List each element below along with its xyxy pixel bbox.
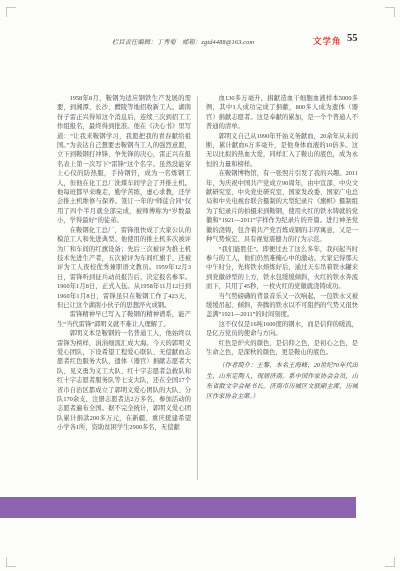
paragraph: 红色是炉火的颜色，是信仰之色，是初心之色，是生命之色，是深秋的颜色，更是鞍山的底… (206, 339, 358, 358)
crop-mark-bottom-left (6, 557, 16, 567)
page-number: 55 (347, 33, 358, 44)
column-divider (197, 96, 198, 480)
paragraph: 在鞍钢博物馆，有一张照片引发了我的兴趣。2011年，为庆祝中国共产党成立90周年… (206, 169, 358, 244)
footer-color-bar (0, 497, 356, 518)
crop-mark-top-left (6, 7, 16, 17)
article-left-column: 1958年8月，鞍钢为适应钢铁生产发展的需要，到湘潭、长沙、醴陵等地招收新工人。… (57, 94, 191, 482)
magazine-page: 栏目责任编辑：丁秀菊 邮箱：zgtd4488@163.com 文学角 55 19… (0, 0, 400, 571)
paragraph: 当气势磅礴的背景音乐又一次响起，一包铁水又被缓缓吊起、倾斜，奔腾的铁水以不可阻挡… (206, 292, 358, 320)
author-note: （作者简介：王黎，本名王海峰，20世纪70年代出生，山东定陶人，现居济南。系中国… (206, 361, 358, 402)
paragraph: 在鞍钢化工总厂，雷锋很快成了大家公认的模范工人和先进典型。他使用的推土机多次被评… (57, 226, 191, 311)
crop-mark-bottom-right (385, 557, 395, 567)
paragraph: 1958年8月，鞍钢为适应钢铁生产发展的需要，到湘潭、长沙、醴陵等地招收新工人。… (57, 94, 191, 226)
article-right-column: 血130多万毫升，捐献造血干细胞血液样本5000多例，其中1人成功完成了捐献，8… (206, 94, 358, 482)
crop-mark-top-right (385, 7, 395, 17)
editor-credit-line: 栏目责任编辑：丁秀菊 邮箱：zgtd4488@163.com (112, 37, 254, 46)
section-label: 文学角 (313, 35, 342, 47)
paragraph: 这不仅仅是16吨1600度的钢水，而是信仰的暖流，是亿万党员的使命与方向。 (206, 320, 358, 339)
paragraph: 郭明义自己从1990年开始义务献血，20余年从未间断，累计献血6万多毫升，是他身… (206, 132, 358, 170)
paragraph: 雷锋精神早已写入了鞍钢的精神谱系，能产生“当代雷锋”郭明义就不难让人理解了。 (57, 310, 191, 329)
paragraph: 血130多万毫升，捐献造血干细胞血液样本5000多例，其中1人成功完成了捐献，8… (206, 94, 358, 132)
paragraph: “我们能胜任”。即便过去了这么多年，我问起当时参与的工人，他们仍然难掩心中的激动… (206, 245, 358, 292)
paragraph: 郭明义本是鞍钢的一名普通工人，他始终以雷锋为榜样，涓涓细流汇成大海。今天的郭明义… (57, 329, 191, 432)
